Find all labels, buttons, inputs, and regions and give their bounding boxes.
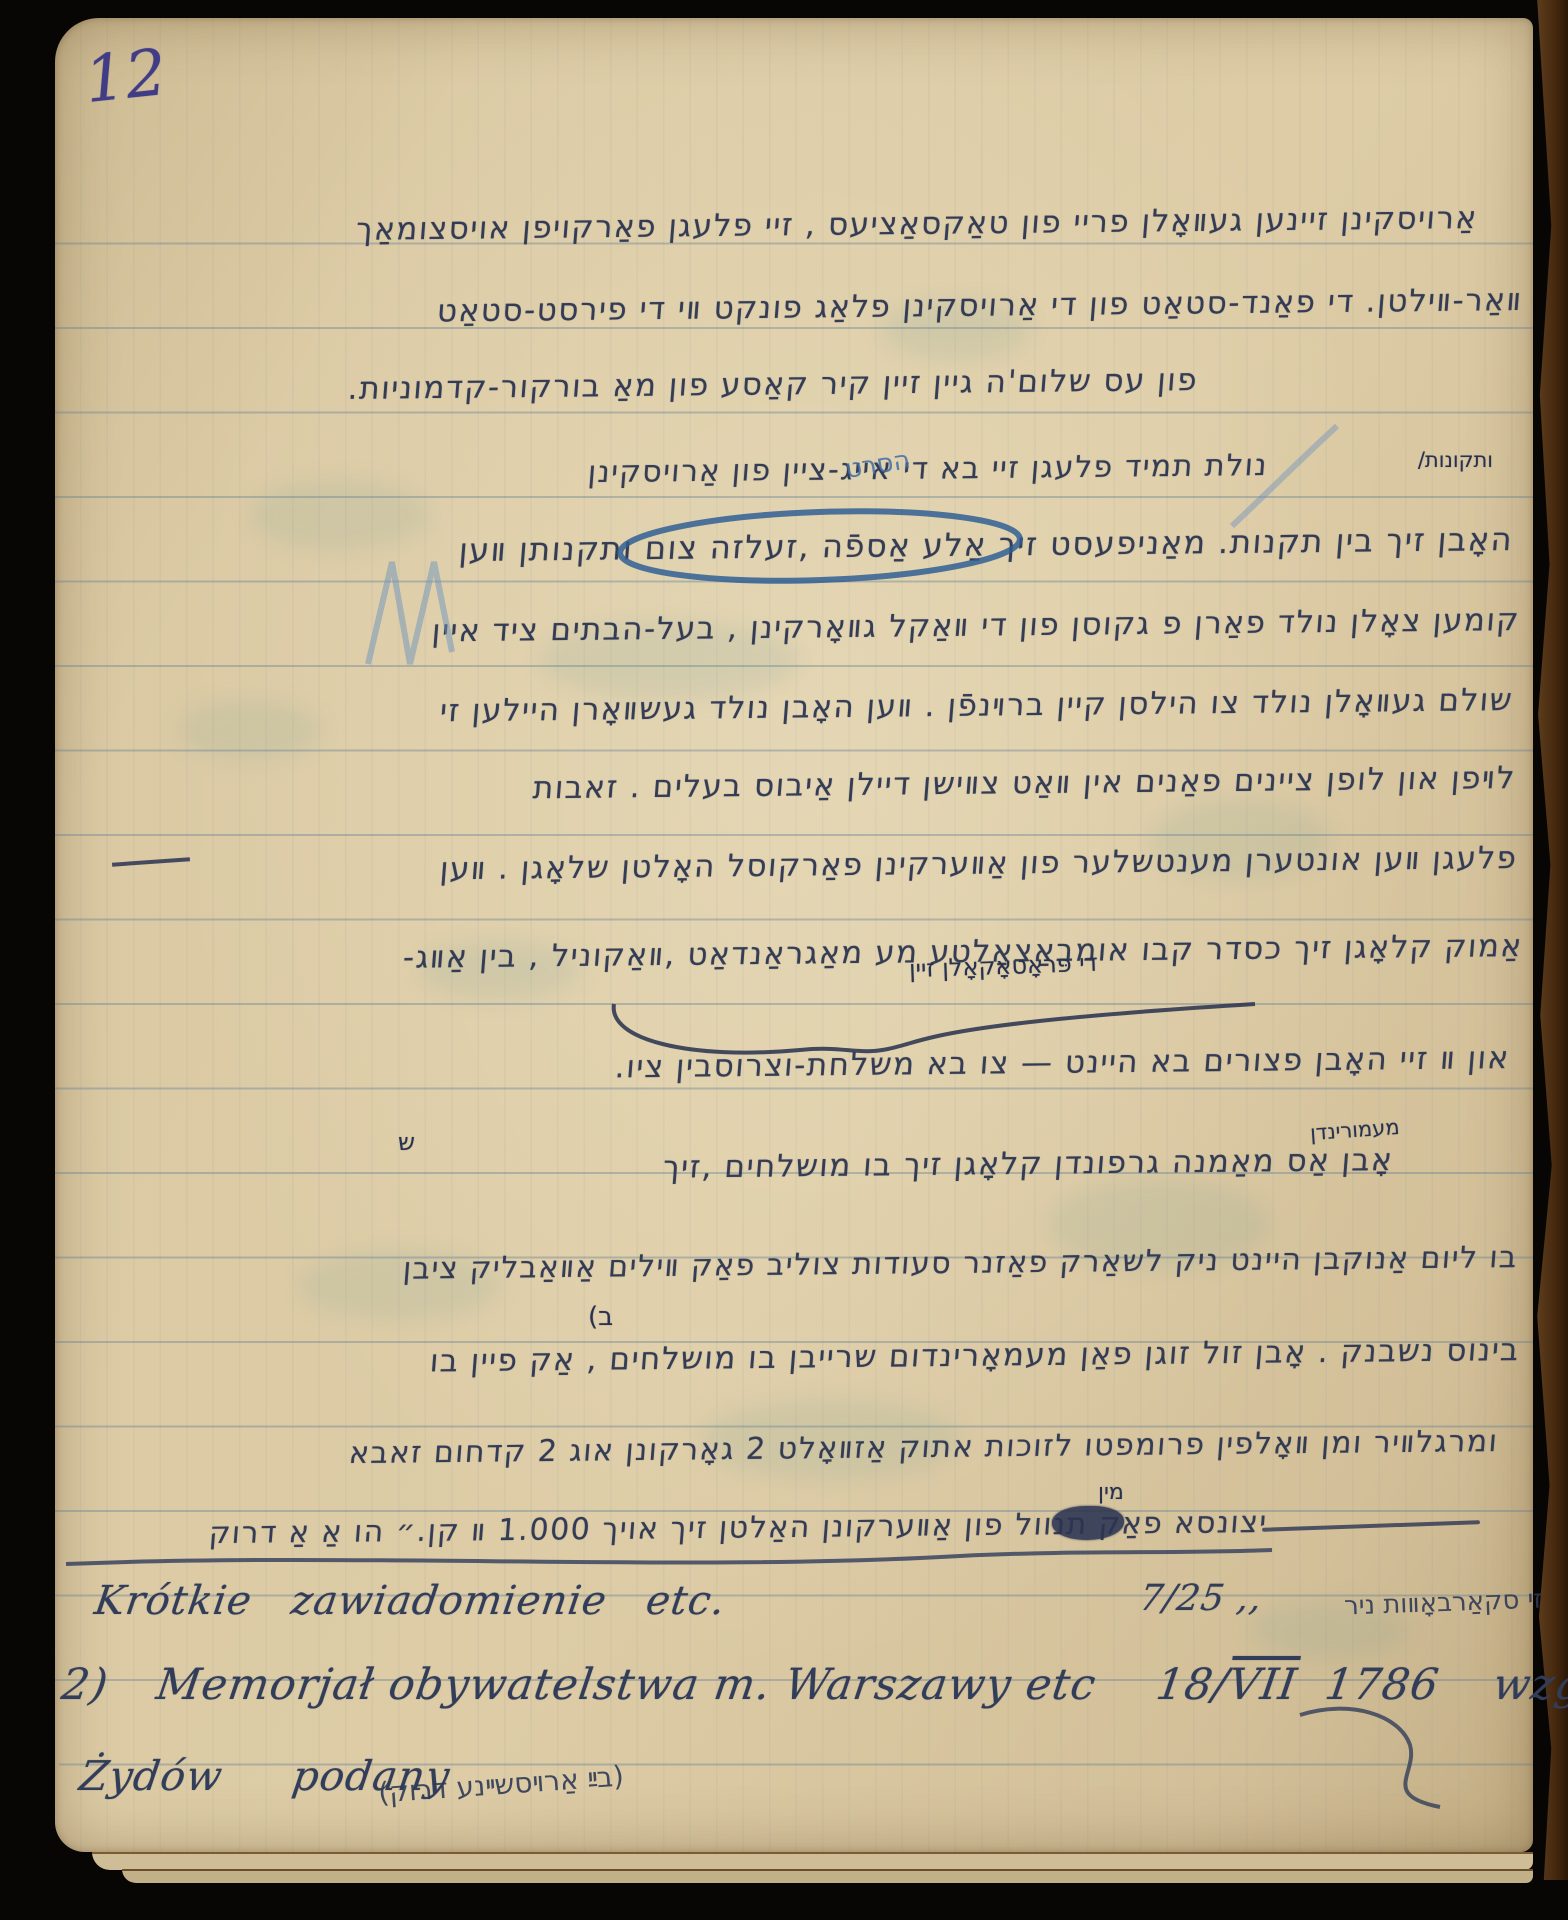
underlying-sheet-edge bbox=[122, 1869, 1533, 1883]
catalogue-line-krotkie: Krótkie zawiadomienie etc. bbox=[92, 1578, 729, 1624]
date-year: 1786 bbox=[1322, 1660, 1442, 1710]
catalogue-line-memorial: 2) Memorjał obywatelstwa m. Warszawy etc… bbox=[58, 1660, 1568, 1710]
page-number: 12 bbox=[81, 36, 170, 118]
date-roman-numeral: VII bbox=[1225, 1660, 1300, 1710]
memorial-text: Memorjał obywatelstwa m. Warszawy etc bbox=[153, 1660, 1099, 1710]
underlying-sheet-edge bbox=[92, 1852, 1533, 1870]
manuscript-line: נולת תמיד פלעגן זיי בא די אייג-ציין פון … bbox=[587, 448, 1270, 490]
blue-pencil-zigzag bbox=[358, 552, 462, 674]
superscript-correction: מין bbox=[1098, 1480, 1124, 1505]
ink-bleed-smudge bbox=[250, 480, 430, 550]
blue-pencil-slash bbox=[1222, 418, 1352, 533]
manuscript-line: אָבן אַס מאַמנה גרפונדן קלאָגן זיך בו מו… bbox=[661, 1142, 1394, 1186]
date-prefix: 18/ bbox=[1153, 1660, 1232, 1710]
trailing-word: wzglę bbox=[1490, 1660, 1568, 1710]
blue-pencil-oval bbox=[608, 498, 1032, 594]
ink-bleed-smudge bbox=[180, 700, 320, 760]
hand-drawn-rule bbox=[60, 1542, 1280, 1576]
reference-number: 7/25 ,, bbox=[1137, 1578, 1265, 1619]
item-marker: 2) bbox=[58, 1660, 111, 1710]
superscript-mark: ש bbox=[398, 1128, 415, 1156]
pen-flourish bbox=[1290, 1695, 1460, 1815]
superscript-correction: ותקונות/ bbox=[1418, 448, 1493, 472]
superscript-mark: ב) bbox=[588, 1302, 613, 1332]
insertion-caret-swoop bbox=[600, 988, 1280, 1072]
zydow-word: Żydów bbox=[77, 1752, 226, 1800]
